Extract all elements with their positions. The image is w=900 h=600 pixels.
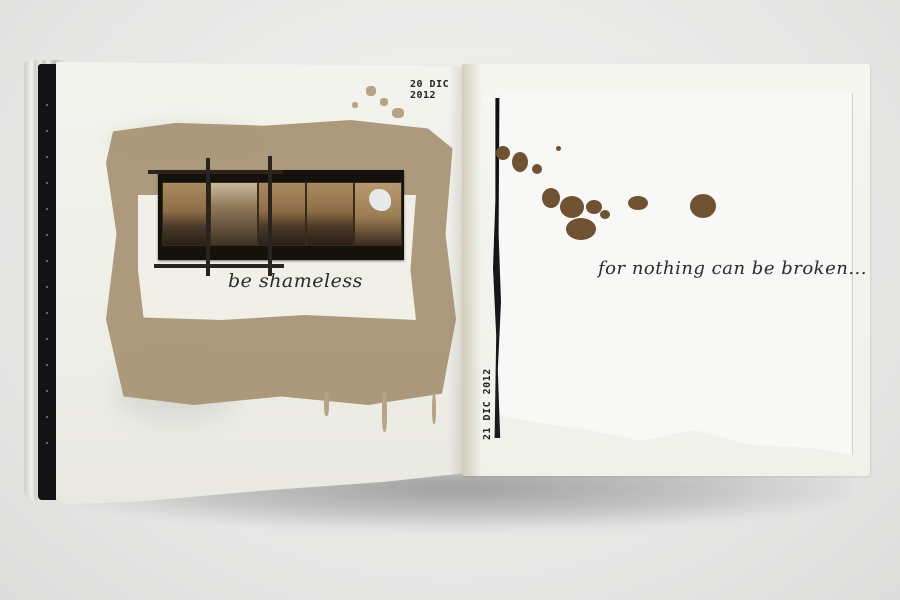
tape-strip-vertical [268,156,272,276]
film-frame [162,182,210,246]
stain-drip [324,392,329,416]
stain-drip [352,102,358,108]
left-page: 20 DIC 2012 be shameless [56,62,466,504]
film-frame [306,182,354,246]
coffee-splat [600,210,610,219]
coffee-splat [532,164,542,174]
stain-drip [380,98,388,106]
stain-drip [382,392,387,432]
tape-strip [154,264,284,268]
coffee-splat [628,196,648,210]
coffee-splat [556,146,561,151]
film-frame [258,182,306,246]
film-frame-portrait [210,182,258,246]
coffee-splat [690,194,716,218]
stain-drip [392,108,404,118]
film-strip [158,170,404,260]
stain-drip [366,86,376,96]
stain-drip [432,394,436,424]
coffee-splat [542,188,560,208]
caption-for-nothing-can-be-broken: for nothing can be broken... [598,258,867,279]
tape-strip-vertical [206,158,210,276]
coffee-splat [512,152,528,172]
film-frame [354,182,402,246]
tape-strip [148,170,283,174]
coffee-splat [560,196,584,218]
gutter-shade [462,64,482,476]
caption-be-shameless: be shameless [228,270,363,292]
coffee-splat [496,146,510,160]
coffee-splat [566,218,596,240]
date-stamp-right: 21 DIC 2012 [482,368,493,440]
